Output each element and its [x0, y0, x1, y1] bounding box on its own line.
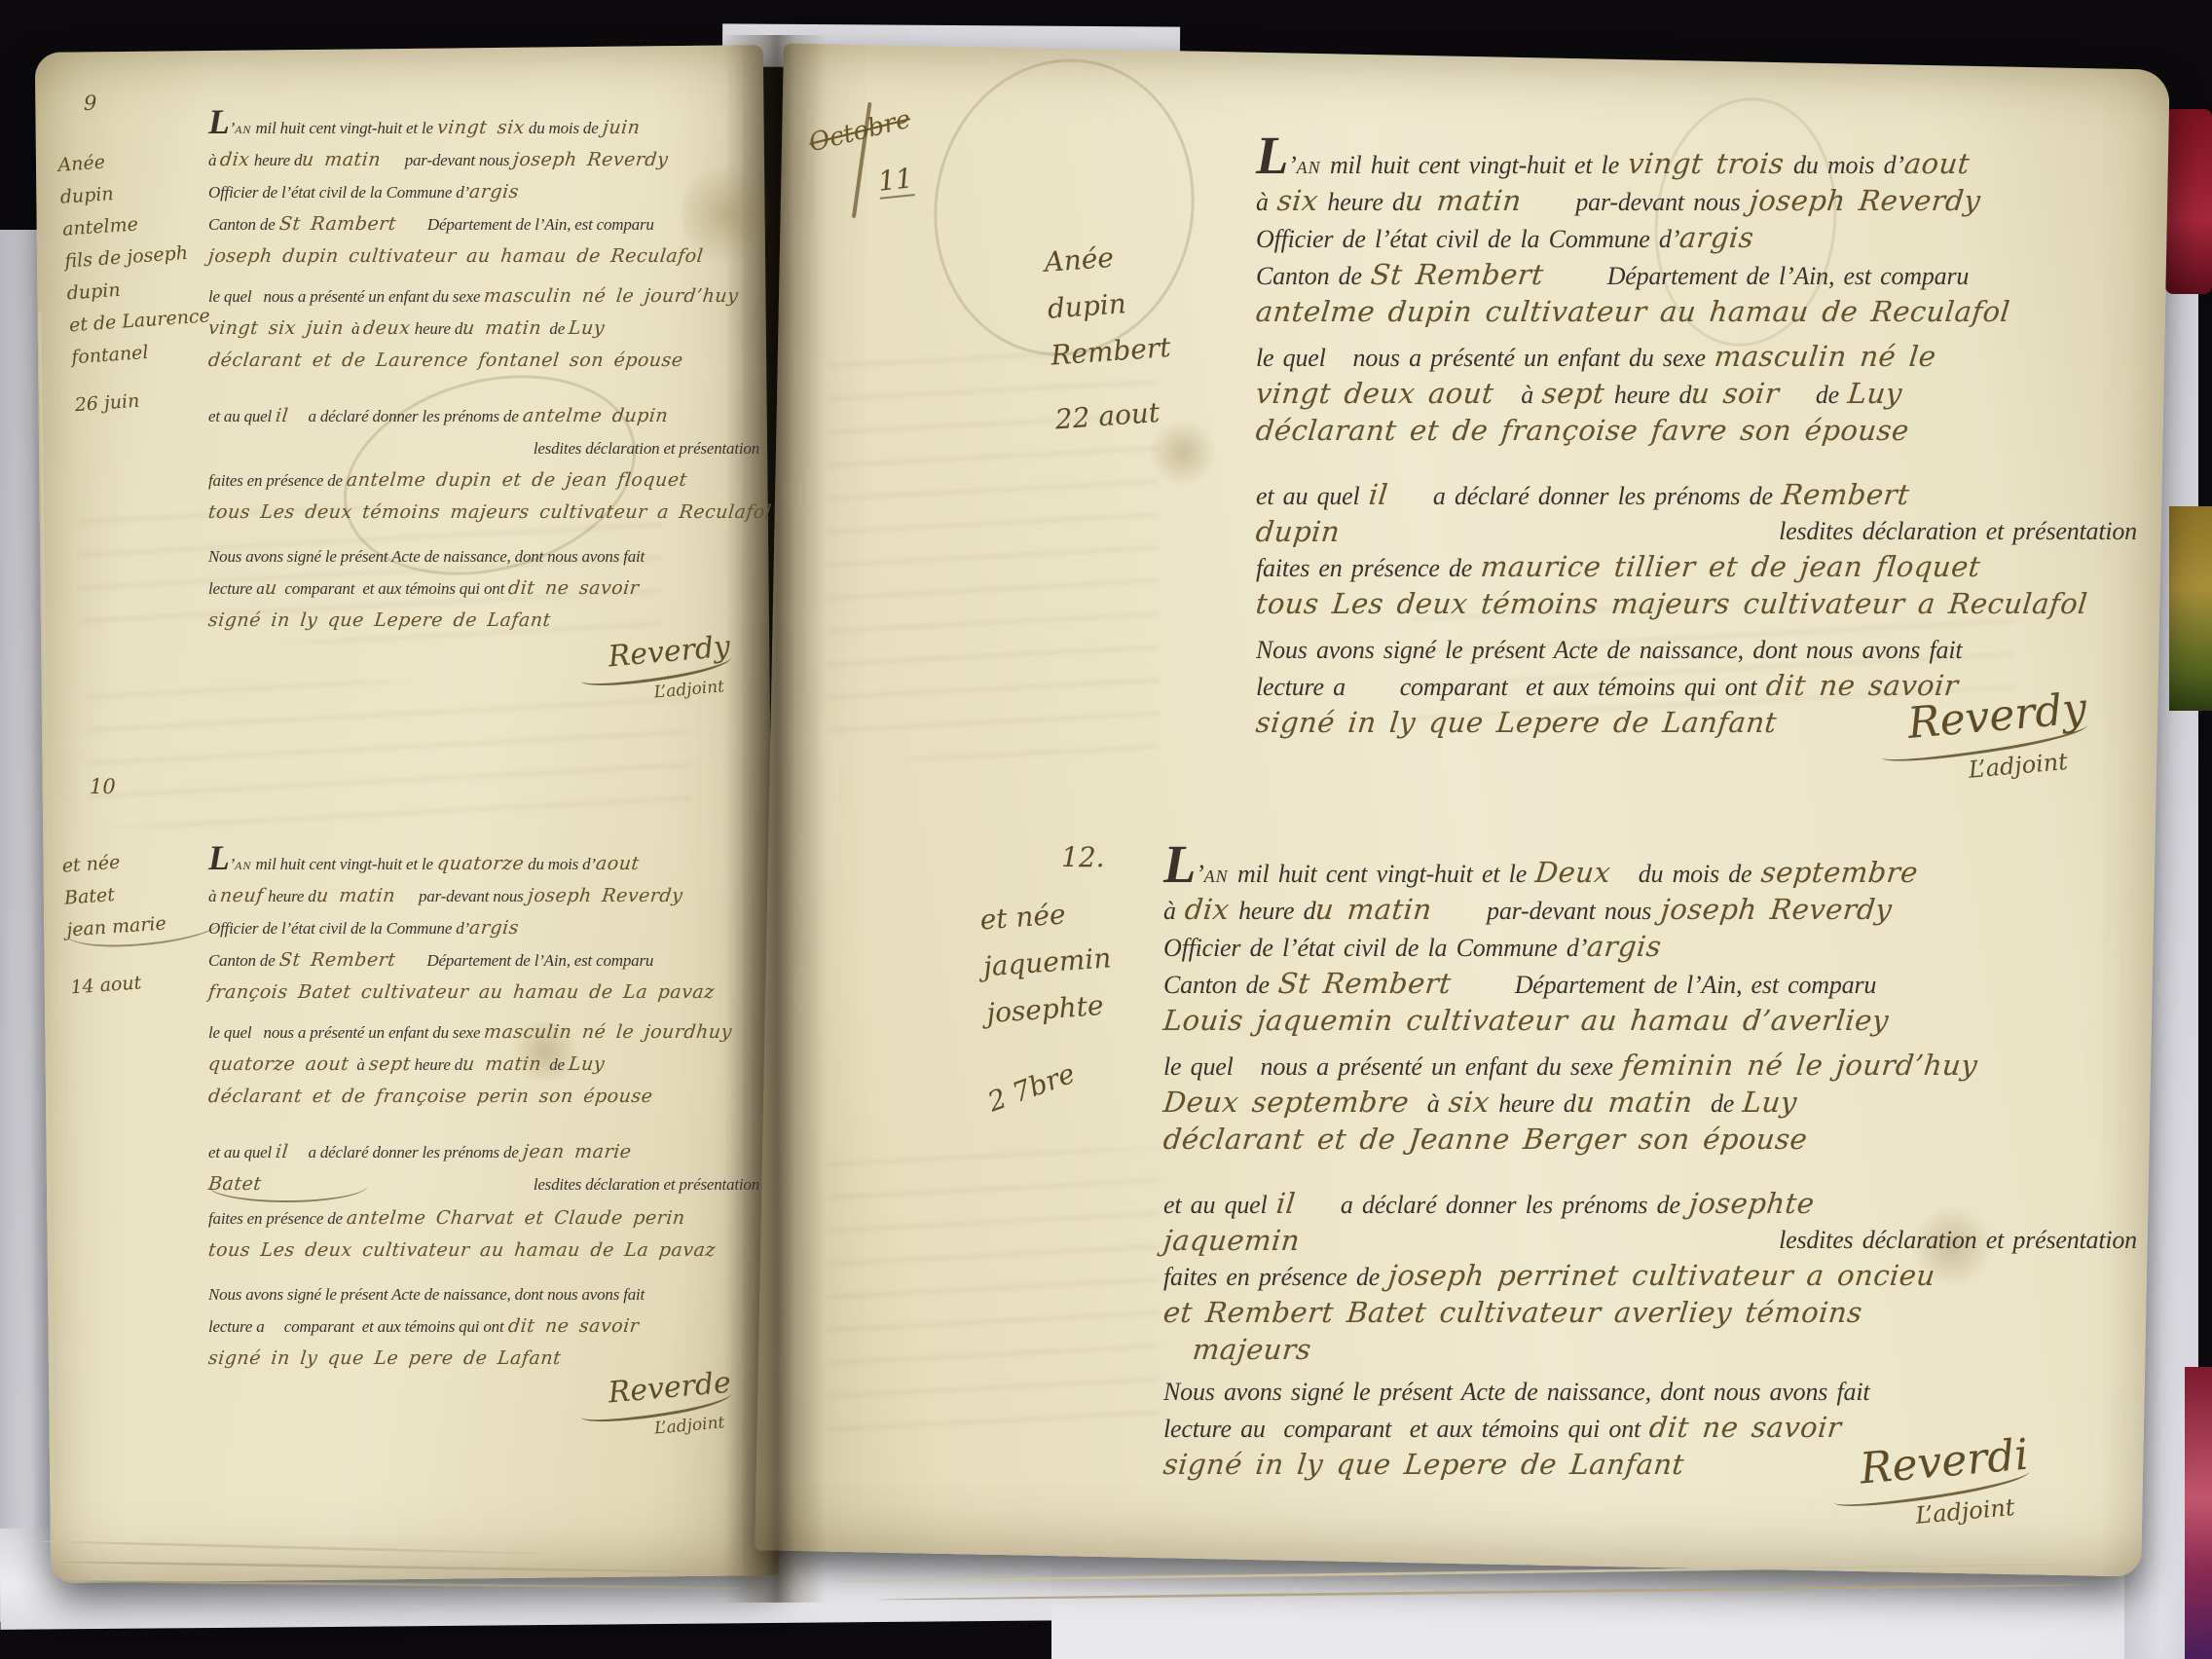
act-number: 10	[90, 775, 116, 798]
text-segment: et au quel	[1256, 482, 1369, 510]
text-segment: lecture a comparant et aux témoins qui o…	[208, 1317, 508, 1336]
text-segment: à	[349, 1055, 368, 1074]
text-segment: Batet	[206, 1168, 370, 1202]
act-number: 11	[876, 162, 914, 200]
text-segment: joseph Reverdy	[526, 880, 684, 912]
text-segment: joseph perrinet cultivateur a oncieu	[1387, 1258, 1938, 1293]
act-line: le quel nous a présenté un enfant du sex…	[1163, 1048, 2137, 1085]
text-segment: le quel nous a présenté un enfant du sex…	[208, 287, 484, 306]
text-segment: septembre	[1759, 855, 1920, 890]
text-segment: ’	[1196, 860, 1203, 888]
act-line: déclarant et de françoise perin son épou…	[208, 1081, 759, 1113]
text-segment: et au quel	[208, 407, 276, 425]
text-segment: an	[235, 119, 251, 137]
text-segment: Nous avons signé le présent Acte de nais…	[208, 547, 645, 566]
text-segment: faites en présence de	[1163, 1263, 1388, 1291]
text-segment: argis	[1585, 929, 1663, 964]
text-segment: signé in ly que Lepere de Lafant	[206, 605, 552, 637]
text-segment: Département de l’Ain, est comparu	[396, 215, 654, 234]
text-segment: et au quel	[1163, 1191, 1276, 1219]
text-segment: dit ne savoir	[506, 572, 641, 605]
act-line: joseph dupin cultivateur au hamau de Rec…	[208, 240, 759, 273]
text-segment: Département de l’Ain, est comparu	[395, 951, 653, 970]
text-segment: masculin né le jourd’huy	[483, 280, 741, 313]
act-line: à dix heure du matin par-devant nous jos…	[1163, 892, 2137, 929]
margin-note: 14 aout	[69, 961, 227, 1004]
text-segment: lecture a comparant et aux témoins qui o…	[1256, 673, 1766, 701]
text-segment: mil huit cent vingt-huit et le	[1229, 860, 1536, 888]
text-segment: Luy	[567, 313, 607, 345]
text-segment: faites en présence de	[1256, 554, 1481, 582]
fabric-edge-gold-green	[2169, 506, 2212, 711]
text-segment: L	[208, 102, 230, 141]
text-segment: u matin	[461, 1049, 543, 1081]
text-segment: déclarant et de françoise perin son épou…	[206, 1081, 654, 1113]
text-segment: dix	[1183, 892, 1231, 927]
text-segment: du mois de	[1611, 860, 1761, 888]
act-line: françois Batet cultivateur au hamau de L…	[208, 977, 759, 1009]
act-body-text: L’an mil huit cent vingt-huit et le Deux…	[1163, 845, 2137, 1484]
text-segment: feminin né le jourd’huy	[1620, 1048, 1979, 1083]
act-line: Batetlesdites déclaration et présentatio…	[208, 1168, 759, 1202]
text-segment: le quel nous a présenté un enfant du sex…	[1163, 1052, 1622, 1081]
text-segment: an	[235, 855, 251, 873]
text-segment: déclarant et de françoise favre son épou…	[1254, 413, 1911, 448]
text-segment: heure d	[411, 319, 462, 338]
text-segment: antelme dupin cultivateur au hamau de Re…	[1254, 294, 2011, 329]
act-line: Nous avons signé le présent Acte de nais…	[1163, 1375, 2137, 1410]
text-segment: an	[1297, 151, 1321, 179]
fabric-edge-pink-purple	[2185, 1367, 2212, 1659]
act-line: lecture au comparant et aux témoins qui …	[208, 572, 759, 605]
text-segment: antelme Charvat et Claude perin	[345, 1202, 686, 1235]
text-segment: sept	[1540, 376, 1606, 411]
text-segment: vingt deux aout	[1254, 376, 1495, 411]
text-segment: Canton de	[1256, 262, 1371, 290]
text-segment: ’	[1288, 151, 1296, 179]
text-segment: u soir	[1689, 376, 1781, 411]
fabric-edge-red	[2165, 109, 2212, 294]
text-segment: Louis jaquemin cultivateur au hamau d’av…	[1161, 1003, 1891, 1038]
act-line: Nous avons signé le présent Acte de nais…	[208, 1278, 759, 1310]
text-segment: six	[1447, 1085, 1492, 1120]
text-segment: sept	[367, 1049, 412, 1081]
act-line: Canton de St Rembert Département de l’Ai…	[1163, 966, 2137, 1003]
text-segment: u matin	[1403, 183, 1524, 218]
act-line: Louis jaquemin cultivateur au hamau d’av…	[1163, 1003, 2137, 1040]
act-line: L’an mil huit cent vingt-huit et le ving…	[1256, 136, 2137, 183]
text-segment: joseph dupin cultivateur au hamau de Rec…	[206, 240, 705, 273]
text-segment: lecture a	[208, 579, 265, 598]
act-line: tous Les deux témoins majeurs cultivateu…	[208, 497, 759, 529]
text-segment: maurice tillier et de jean floquet	[1480, 549, 1983, 584]
act-line: jaqueminlesdites déclaration et présenta…	[1163, 1223, 2137, 1258]
text-segment: comparant et aux témoins qui ont	[276, 579, 508, 598]
text-segment: le quel nous a présenté un enfant du sex…	[1256, 344, 1714, 372]
act-line: Canton de St Rambert Département de l’Ai…	[208, 208, 759, 240]
act-line: faites en présence de joseph perrinet cu…	[1163, 1258, 2137, 1295]
text-segment: Canton de	[208, 951, 279, 970]
text-segment: vingt six juin	[206, 313, 345, 345]
act-body-text: L’an mil huit cent vingt-huit et le quat…	[208, 845, 759, 1375]
text-segment: L	[208, 838, 230, 877]
act-line: faites en présence de maurice tillier et…	[1256, 549, 2137, 586]
act-line: et au quel il a déclaré donner les préno…	[1163, 1186, 2137, 1223]
text-segment: Département de l’Ain, est comparu	[1452, 971, 1877, 999]
text-segment: par-devant nous	[395, 887, 528, 905]
text-segment: St Rambert	[277, 208, 397, 240]
text-segment: lesdites déclaration et présentation	[534, 1168, 759, 1202]
text-segment: St Rembert	[1276, 966, 1453, 1001]
text-segment: lecture au comparant et aux témoins qui …	[1163, 1415, 1649, 1443]
act-margin-notes: Anéedupinantelmefils de josephdupinet de…	[56, 139, 231, 422]
text-segment: dit ne savoir	[1647, 1410, 1843, 1445]
birth-act-10: 10 et néeBatetjean marie14 aout L’an mil…	[55, 775, 771, 1515]
act-margin-notes: et néeBatetjean marie14 aout	[61, 840, 228, 1005]
act-line: quatorze aout à sept heure du matin de L…	[208, 1049, 759, 1081]
text-segment: a déclaré donner les prénoms de	[1387, 482, 1782, 510]
act-line: signé in ly que Lepere de Lafant	[208, 605, 759, 637]
act-line: Officier de l’état civil de la Commune d…	[208, 176, 759, 208]
text-segment: par-devant nous	[1432, 897, 1660, 925]
text-segment: u matin	[1314, 892, 1435, 927]
act-margin-notes: AnéedupinRembert22 aout	[1043, 225, 1271, 444]
text-segment: tous Les deux cultivateur au hamau de La…	[206, 1235, 717, 1267]
text-segment: mil huit cent vingt-huit et le	[1321, 151, 1629, 179]
text-segment: joseph Reverdy	[512, 144, 671, 176]
text-segment: six	[1275, 183, 1320, 218]
text-segment: neuf	[219, 880, 266, 912]
text-segment: Rembert	[1780, 477, 1911, 512]
text-segment: il	[274, 400, 290, 432]
margin-note: 22 aout	[1053, 382, 1271, 443]
act-line: Officier de l’état civil de la Commune d…	[1163, 929, 2137, 966]
text-segment: St Rembert	[277, 944, 397, 977]
text-segment: Nous avons signé le présent Acte de nais…	[208, 1285, 645, 1304]
text-segment: heure d	[1605, 381, 1692, 409]
text-segment: à	[1256, 188, 1277, 216]
act-line: Officier de l’état civil de la Commune d…	[208, 912, 759, 944]
text-segment: u matin	[314, 880, 397, 912]
act-line: déclarant et de Laurence fontanel son ép…	[208, 345, 759, 377]
text-segment: u	[263, 572, 278, 605]
text-segment: a déclaré donner les prénoms de	[1295, 1191, 1689, 1219]
text-segment: de	[1692, 1089, 1743, 1118]
text-segment: antelme dupin	[521, 400, 670, 432]
act-line: vingt six juin à deux heure du matin de …	[208, 313, 759, 345]
text-segment: à	[1493, 381, 1542, 409]
act-line: majeurs	[1163, 1332, 2137, 1369]
text-segment: u matin	[1574, 1085, 1695, 1120]
act-line: Nous avons signé le présent Acte de nais…	[1256, 633, 2137, 668]
text-segment: il	[1367, 477, 1389, 512]
text-segment: à	[344, 319, 363, 338]
officer-signature: Reverdy L’adjoint	[608, 630, 735, 707]
act-line: à dix heure du matin par-devant nous jos…	[208, 144, 759, 176]
text-segment: L	[1256, 126, 1288, 185]
text-segment: par-devant nous	[1522, 188, 1750, 216]
act-line: dupinlesdites déclaration et présentatio…	[1256, 514, 2137, 549]
text-segment: Luy	[1846, 376, 1904, 411]
text-segment: u matin	[301, 144, 384, 176]
text-segment: Officier de l’état civil de la Commune d…	[208, 183, 469, 202]
text-segment: antelme dupin et de jean floquet	[345, 464, 688, 497]
text-segment: signé in ly que Lepere de Lanfant	[1254, 705, 1779, 740]
act-number: 9	[84, 92, 96, 115]
text-segment: a déclaré donner les prénoms de	[288, 1143, 522, 1161]
text-segment: josephte	[1687, 1186, 1816, 1221]
act-body-text: L’an mil huit cent vingt-huit et le ving…	[208, 109, 759, 637]
text-segment: Deux septembre	[1161, 1085, 1411, 1120]
text-segment: dit ne savoir	[506, 1310, 641, 1343]
text-segment: et Rembert Batet cultivateur averliey té…	[1161, 1295, 1864, 1330]
text-segment: Officier de l’état civil de la Commune d…	[1256, 225, 1679, 253]
act-line: déclarant et de françoise favre son épou…	[1256, 413, 2137, 450]
text-segment: heure d	[411, 1055, 462, 1074]
act-line: le quel nous a présenté un enfant du sex…	[208, 280, 759, 313]
text-segment: déclarant et de Jeanne Berger son épouse	[1161, 1122, 1809, 1157]
text-segment: Canton de	[1163, 971, 1278, 999]
text-segment: L	[1163, 834, 1196, 894]
text-segment: signé in ly que Le pere de Lafant	[206, 1343, 563, 1375]
text-segment: heure d	[1318, 188, 1405, 216]
text-segment: vingt six	[435, 112, 526, 144]
text-segment: lesdites déclaration et présentation	[1779, 1223, 2137, 1258]
act-line: antelme dupin cultivateur au hamau de Re…	[1256, 294, 2137, 331]
act-line: Nous avons signé le présent Acte de nais…	[208, 540, 759, 572]
text-segment: majeurs	[1191, 1332, 1313, 1367]
text-segment: Nous avons signé le présent Acte de nais…	[1163, 1378, 1869, 1406]
text-segment: Deux	[1533, 855, 1612, 890]
text-segment: an	[1204, 860, 1229, 888]
text-segment: tous Les deux témoins majeurs cultivateu…	[1254, 586, 2089, 621]
act-line: L’an mil huit cent vingt-huit et le ving…	[208, 109, 759, 144]
text-segment: le quel nous a présenté un enfant du sex…	[208, 1023, 484, 1042]
text-segment: argis	[467, 912, 520, 944]
act-line: Canton de St Rembert Département de l’Ai…	[208, 944, 759, 977]
text-segment: heure d	[250, 151, 302, 169]
text-segment: Luy	[567, 1049, 607, 1081]
text-segment: masculin né le	[1713, 339, 1937, 374]
text-segment: a déclaré donner les prénoms de	[288, 407, 522, 425]
text-segment: de	[541, 319, 569, 338]
text-segment: argis	[1677, 220, 1755, 255]
act-line: déclarant et de Jeanne Berger son épouse	[1163, 1122, 2137, 1159]
text-segment: jean marie	[521, 1136, 633, 1168]
text-segment: tous Les deux témoins majeurs cultivateu…	[206, 497, 773, 529]
birth-act-9: 9 Anéedupinantelmefils de josephdupinet …	[55, 90, 771, 771]
act-line: le quel nous a présenté un enfant du sex…	[1256, 339, 2137, 376]
text-segment: vingt trois	[1626, 146, 1786, 181]
text-segment: masculin né le jourdhuy	[483, 1016, 734, 1049]
text-segment: de	[1780, 381, 1849, 409]
text-segment: et au quel	[208, 1143, 276, 1161]
text-segment: il	[1274, 1186, 1297, 1221]
text-segment: aout	[1902, 146, 1972, 181]
text-segment: françois Batet cultivateur au hamau de L…	[206, 977, 716, 1009]
act-line: et au quel il a déclaré donner les préno…	[1256, 477, 2137, 514]
act-number: 12.	[1061, 841, 1105, 873]
text-segment: St Rembert	[1369, 257, 1545, 292]
text-segment: il	[274, 1136, 290, 1168]
act-line: et Rembert Batet cultivateur averliey té…	[1163, 1295, 2137, 1332]
text-segment: Officier de l’état civil de la Commune d…	[208, 919, 469, 938]
text-segment: heure d	[264, 887, 315, 905]
act-line: tous Les deux cultivateur au hamau de La…	[208, 1235, 759, 1267]
text-segment: Département de l’Ain, est comparu	[1544, 262, 1970, 290]
text-segment: dix	[219, 144, 252, 176]
text-segment: du mois de	[525, 119, 603, 137]
act-line: et au quel il a déclaré donner les préno…	[208, 400, 759, 432]
text-segment: joseph Reverdy	[1659, 892, 1894, 927]
text-segment: deux	[362, 313, 413, 345]
text-segment: Canton de	[208, 215, 279, 234]
act-line: à six heure du matin par-devant nous jos…	[1256, 183, 2137, 220]
text-segment: jaquemin	[1161, 1223, 1302, 1258]
act-line: Officier de l’état civil de la Commune d…	[1256, 220, 2137, 257]
text-segment: heure d	[1230, 897, 1316, 925]
text-segment: Officier de l’état civil de la Commune d…	[1163, 934, 1587, 962]
text-segment: dupin	[1254, 514, 1342, 549]
act-line: à neuf heure du matin par-devant nous jo…	[208, 880, 759, 912]
text-segment: u matin	[461, 313, 543, 345]
act-line: tous Les deux témoins majeurs cultivateu…	[1256, 586, 2137, 623]
act-line: lecture a comparant et aux témoins qui o…	[208, 1310, 759, 1343]
officer-signature: Reverde L’adjoint	[607, 1366, 735, 1443]
officer-signature: Reverdy L’adjoint	[1905, 683, 2091, 789]
text-segment: signé in ly que Lepere de Lanfant	[1161, 1447, 1686, 1482]
text-segment: aout	[594, 848, 641, 880]
act-body-text: L’an mil huit cent vingt-huit et le ving…	[1256, 136, 2137, 742]
text-segment: juin	[601, 112, 642, 144]
text-segment: lesdites déclaration et présentation	[534, 439, 759, 458]
text-segment: du mois d’	[1785, 151, 1904, 179]
text-segment: Nous avons signé le présent Acte de nais…	[1256, 636, 1962, 664]
photographed-register-scene: 9 Anéedupinantelmefils de josephdupinet …	[0, 0, 2212, 1659]
act-line: lesdites déclaration et présentation	[208, 432, 759, 464]
text-segment: heure d	[1490, 1089, 1576, 1118]
text-segment: faites en présence de	[208, 1209, 347, 1228]
act-line: vingt deux aout à sept heure du soir de …	[1256, 376, 2137, 413]
act-line: Deux septembre à six heure du matin de L…	[1163, 1085, 2137, 1122]
act-line: le quel nous a présenté un enfant du sex…	[208, 1016, 759, 1049]
officer-signature: Reverdi L’adjoint	[1858, 1430, 2034, 1534]
text-segment: de	[541, 1055, 569, 1074]
text-segment: Luy	[1741, 1085, 1799, 1120]
act-line: faites en présence de antelme dupin et d…	[208, 464, 759, 497]
text-segment: joseph Reverdy	[1748, 183, 1982, 218]
text-segment: déclarant et de Laurence fontanel son ép…	[206, 345, 684, 377]
text-segment: quatorze aout	[206, 1049, 350, 1081]
text-segment: lesdites déclaration et présentation	[1779, 514, 2137, 549]
text-segment: faites en présence de	[208, 471, 347, 490]
act-line: et au quel il a déclaré donner les préno…	[208, 1136, 759, 1168]
text-segment: argis	[467, 176, 520, 208]
birth-act-11: 11 Octobre AnéedupinRembert22 aout L’an …	[769, 68, 2157, 857]
text-segment: mil huit cent vingt-huit et le	[251, 855, 436, 873]
act-line: L’an mil huit cent vingt-huit et le Deux…	[1163, 845, 2137, 892]
text-segment: à	[1163, 897, 1185, 925]
text-segment: quatorze	[435, 848, 526, 880]
margin-scribble-crossed-out: Octobre	[806, 105, 914, 159]
act-line: Canton de St Rembert Département de l’Ai…	[1256, 257, 2137, 294]
text-segment: à	[1409, 1089, 1449, 1118]
act-line: faites en présence de antelme Charvat et…	[208, 1202, 759, 1235]
birth-act-12: 12. et néejaqueminjosephte2 7bre L’an mi…	[769, 818, 2157, 1616]
act-line: L’an mil huit cent vingt-huit et le quat…	[208, 845, 759, 880]
text-segment: mil huit cent vingt-huit et le	[251, 119, 436, 137]
text-segment: du mois d’	[524, 855, 596, 873]
text-segment: par-devant nous	[381, 151, 513, 169]
